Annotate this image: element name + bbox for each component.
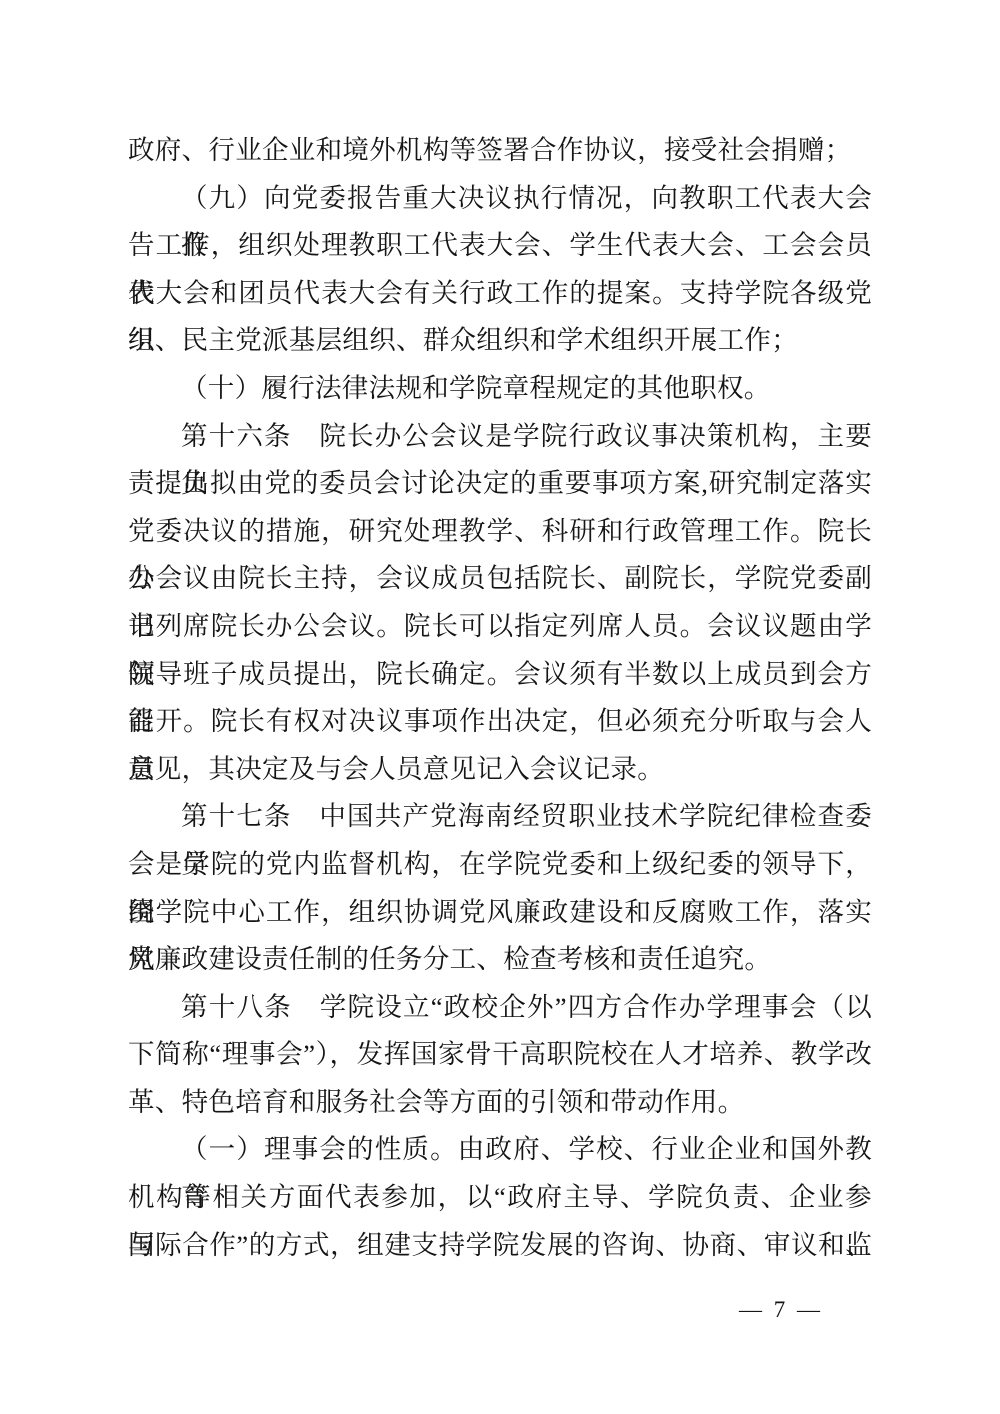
text-line: 告工作，组织处理教职工代表大会、学生代表大会、工会会员代 xyxy=(128,222,872,270)
text-line: 下简称“理事会”），发挥国家骨干高职院校在人才培养、教学改 xyxy=(128,1031,872,1079)
text-line: （十）履行法律法规和学院章程规定的其他职权。 xyxy=(128,365,872,413)
text-line: （一）理事会的性质。由政府、学校、行业企业和国外教育 xyxy=(128,1126,872,1174)
text-line: 公会议由院长主持，会议成员包括院长、副院长，学院党委副书 xyxy=(128,555,872,603)
text-line: 记列席院长办公会议。院长可以指定列席人员。会议议题由学院 xyxy=(128,603,872,651)
text-line: 第十八条 学院设立“政校企外”四方合作办学理事会（以 xyxy=(128,984,872,1032)
text-line: 织、民主党派基层组织、群众组织和学术组织开展工作； xyxy=(128,317,872,365)
document-body: 政府、行业企业和境外机构等签署合作协议，接受社会捐赠；（九）向党委报告重大决议执… xyxy=(128,127,872,1269)
text-line: 召开。院长有权对决议事项作出决定，但必须充分听取与会人员 xyxy=(128,698,872,746)
text-line: 领导班子成员提出，院长确定。会议须有半数以上成员到会方能 xyxy=(128,651,872,699)
text-line: 风廉政建设责任制的任务分工、检查考核和责任追究。 xyxy=(128,936,872,984)
text-line: 第十七条 中国共产党海南经贸职业技术学院纪律检查委员 xyxy=(128,793,872,841)
text-line: 国际合作”的方式，组建支持学院发展的咨询、协商、审议和监 xyxy=(128,1222,872,1270)
text-line: 党委决议的措施，研究处理教学、科研和行政管理工作。院长办 xyxy=(128,508,872,556)
document-page: 政府、行业企业和境外机构等签署合作协议，接受社会捐赠；（九）向党委报告重大决议执… xyxy=(0,0,1000,1414)
text-line: （九）向党委报告重大决议执行情况，向教职工代表大会报 xyxy=(128,175,872,223)
text-line: 绕学院中心工作，组织协调党风廉政建设和反腐败工作，落实党 xyxy=(128,889,872,937)
text-line: 政府、行业企业和境外机构等签署合作协议，接受社会捐赠； xyxy=(128,127,872,175)
text-line: 会是学院的党内监督机构，在学院党委和上级纪委的领导下，围 xyxy=(128,841,872,889)
text-line: 第十六条 院长办公会议是学院行政议事决策机构，主要负 xyxy=(128,413,872,461)
text-line: 表大会和团员代表大会有关行政工作的提案。支持学院各级党组 xyxy=(128,270,872,318)
text-line: 革、特色培育和服务社会等方面的引领和带动作用。 xyxy=(128,1079,872,1127)
text-line: 责提出拟由党的委员会讨论决定的重要事项方案,研究制定落实 xyxy=(128,460,872,508)
text-line: 意见，其决定及与会人员意见记入会议记录。 xyxy=(128,746,872,794)
text-line: 机构等相关方面代表参加，以“政府主导、学院负责、企业参与、 xyxy=(128,1174,872,1222)
page-number: — 7 — xyxy=(739,1293,823,1327)
